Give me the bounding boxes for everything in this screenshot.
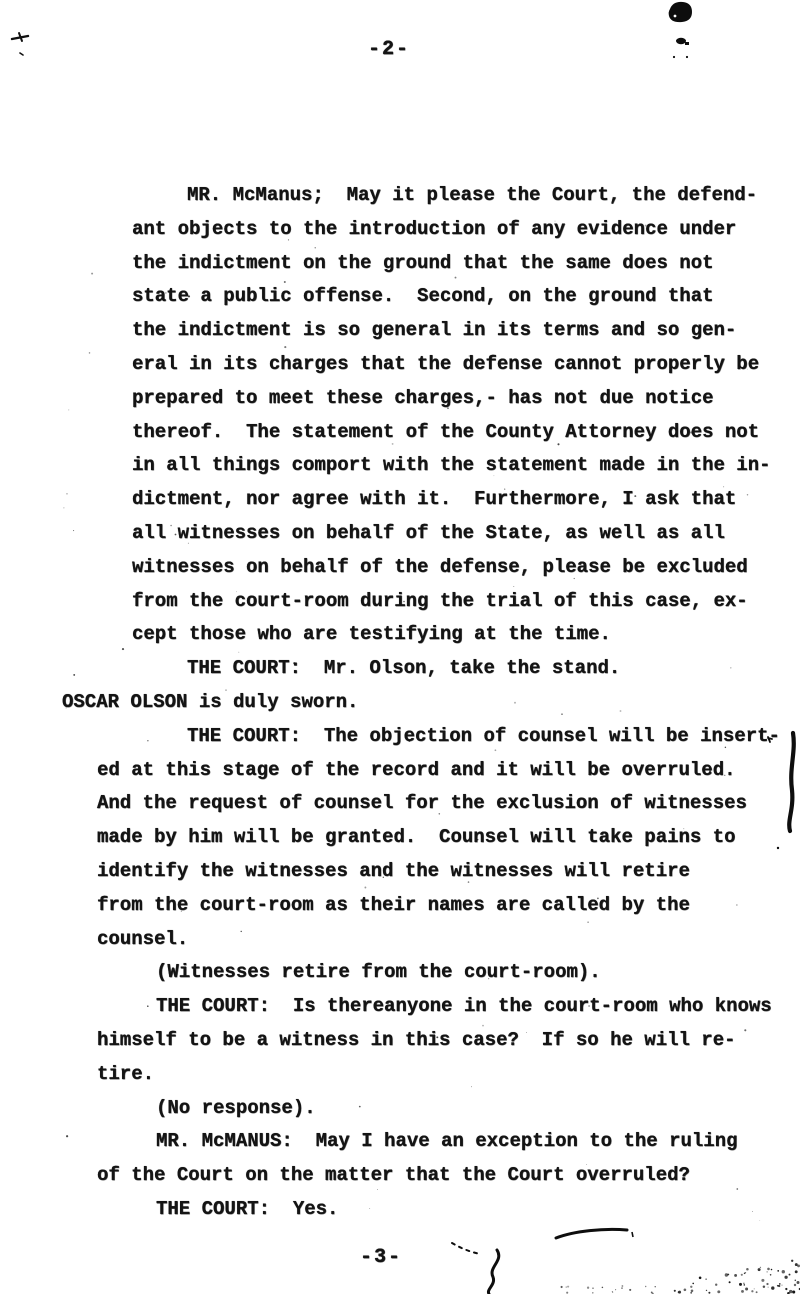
transcript-text: MR. McManus; May it please the Court, th… bbox=[0, 179, 800, 1227]
pen-stroke-horizontal-icon bbox=[556, 1229, 627, 1238]
transcript-line: (No response). bbox=[156, 1092, 800, 1126]
transcript-line: And the request of counsel for the exclu… bbox=[97, 787, 800, 821]
transcript-line: ed at this stage of the record and it wi… bbox=[97, 754, 800, 788]
transcript-line: the indictment on the ground that the sa… bbox=[132, 247, 800, 281]
transcript-line: all witnesses on behalf of the State, as… bbox=[132, 517, 800, 551]
transcript-line: made by him will be granted. Counsel wil… bbox=[97, 821, 800, 855]
transcript-line: thereof. The statement of the County Att… bbox=[132, 416, 800, 450]
transcript-line: THE COURT: Yes. bbox=[156, 1193, 800, 1227]
pen-squiggle-icon bbox=[452, 1243, 499, 1294]
transcript-line: tire. bbox=[97, 1058, 800, 1092]
transcript-line: counsel. bbox=[97, 923, 800, 957]
transcript-line: identify the witnesses and the witnesses… bbox=[97, 855, 800, 889]
pen-stroke-horizontal-tail-icon bbox=[632, 1232, 633, 1237]
transcript-line: from the court-room as their names are c… bbox=[97, 889, 800, 923]
transcript-line: ant objects to the introduction of any e… bbox=[132, 213, 800, 247]
transcript-line: himself to be a witness in this case? If… bbox=[97, 1024, 800, 1058]
transcript-line: THE COURT: The objection of counsel will… bbox=[187, 720, 800, 754]
transcript-line: the indictment is so general in its term… bbox=[132, 314, 800, 348]
transcript-line: in all things comport with the statement… bbox=[132, 449, 800, 483]
pen-tick-icon bbox=[12, 33, 28, 55]
transcript-line: cept those who are testifying at the tim… bbox=[132, 618, 800, 652]
transcript-line: OSCAR OLSON is duly sworn. bbox=[62, 686, 800, 720]
transcript-line: state a public offense. Second, on the g… bbox=[132, 280, 800, 314]
ink-smudge-icon bbox=[669, 2, 692, 58]
transcript-line: dictment, nor agree with it. Furthermore… bbox=[132, 483, 800, 517]
transcript-line: THE COURT: Mr. Olson, take the stand. bbox=[187, 652, 800, 686]
page-number-top: -2- bbox=[368, 38, 410, 61]
transcript-line: from the court-room during the trial of … bbox=[132, 585, 800, 619]
transcript-line: MR. McManus; May it please the Court, th… bbox=[187, 179, 800, 213]
transcript-line: witnesses on behalf of the defense, plea… bbox=[132, 551, 800, 585]
transcript-line: of the Court on the matter that the Cour… bbox=[97, 1159, 800, 1193]
transcript-line: THE COURT: Is thereanyone in the court-r… bbox=[156, 990, 800, 1024]
transcript-page: -2- MR. McManus; May it please the Court… bbox=[0, 0, 800, 1294]
page-number-bottom: -3- bbox=[360, 1246, 402, 1269]
transcript-line: (Witnesses retire from the court-room). bbox=[156, 956, 800, 990]
transcript-line: prepared to meet these charges,- has not… bbox=[132, 382, 800, 416]
transcript-line: MR. McMANUS: May I have an exception to … bbox=[156, 1125, 800, 1159]
transcript-line: eral in its charges that the defense can… bbox=[132, 348, 800, 382]
scan-noise-corner bbox=[561, 1260, 800, 1294]
